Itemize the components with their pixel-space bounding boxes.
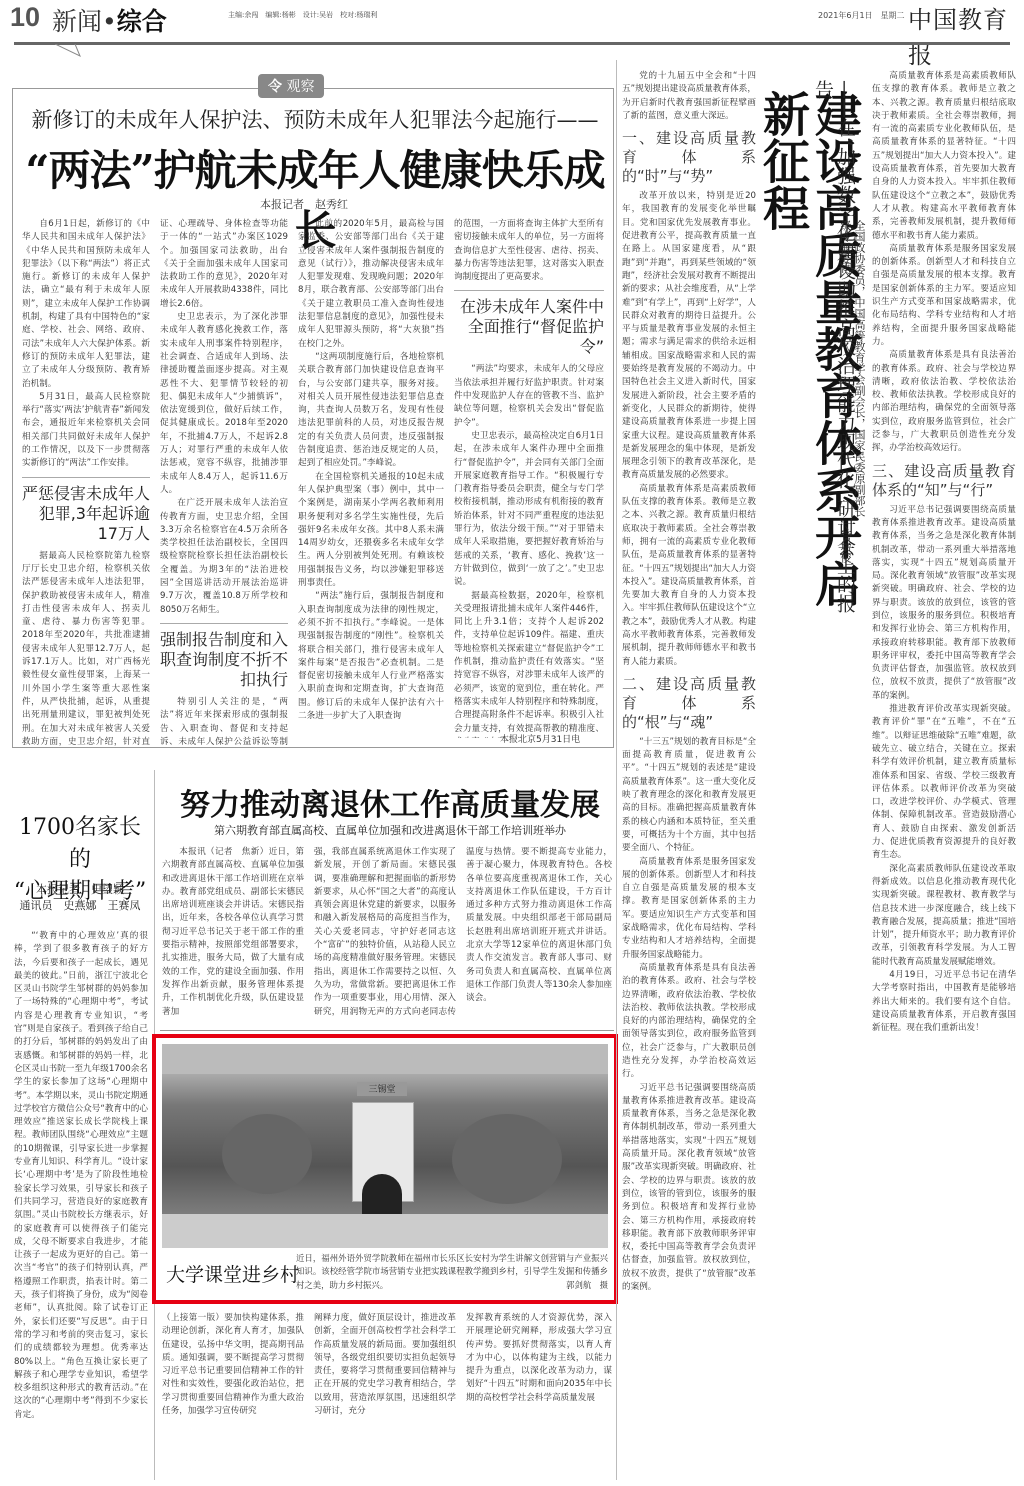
article1-column-3: 此前的2020年5月，最高检与国家监委、公安部等部门出台《关于建立侵害未成年人案… <box>298 218 444 748</box>
article5-column-2: 阐释力度，做好顶层设计，推进改革创新，全面开创高校哲学社会科学工作高质量发展的新… <box>314 1312 456 1482</box>
article1-column-4: 的范围，一方面将查询主体扩大至所有密切接触未成年人的单位，另一方面将查询信息扩大… <box>454 218 604 738</box>
article3-byline-1: 本报记者 史望颖 <box>10 882 150 898</box>
paragraph: 高质量教育体系是服务国家发展的创新体系。创新型人才和科技自立自强是高质量发展的根… <box>622 856 756 962</box>
paragraph: 习近平总书记强调要围绕高质量教育体系推进教育改革。建设高质量教育体系，当务之急是… <box>622 1082 756 1295</box>
paragraph: “‘教育中的心理效应’真的很棒，学到了很多教育孩子的好方法，今后要和孩子一起成长… <box>14 930 148 1422</box>
paragraph: 证、心理疏导、身体检查等功能于一体的“一站式”办案区1029个。加强国家司法救助… <box>160 218 288 311</box>
article5-column-1: （上接第一版）要加快构建体系，推动理论创新，深化育人育才，加强队伍建设，弘扬中华… <box>162 1312 304 1482</box>
badge-label: 观察 <box>286 79 314 95</box>
article5-column-3: 发挥教育系统的人才资源优势，深入开展理论研究阐释，形成强大学习宣传声势。要抓好贯… <box>466 1312 612 1482</box>
article2-section-3: 三、建设高质量教育体系的“知”与“行” <box>872 462 1016 500</box>
issue-date: 2021年6月1日 星期二 <box>818 10 905 21</box>
article1-subhead-3: 在涉未成年人案件中全面推行“督促监护令” <box>454 290 604 357</box>
article2-author-title: 全国政协委员，中国高等教育学会副会长，国家民委原副部长级专职委员 <box>838 220 866 520</box>
article3-byline-2: 通讯员 史燕娜 王赛凤 <box>10 898 150 914</box>
section-title-bold: 综合 <box>117 7 167 36</box>
photo-feature: 三锡堂 大学课堂进乡村 近日，福州外语外贸学院教师在福州市长乐区长安村为学生讲解… <box>152 1034 618 1304</box>
paragraph: 史卫忠表示，为了深化涉罪未成年人教育感化挽救工作，落实未成年人刑事案件特别程序，… <box>160 311 288 497</box>
photo-title: 大学课堂进乡村 <box>166 1260 299 1287</box>
article2-author: 管培俊 <box>838 530 852 590</box>
paragraph: 改革开放以来，特别是近20年，我国教育的发展变化举世瞩目。党和国家优先发展教育事… <box>622 190 756 483</box>
photo-plant-left <box>222 1114 312 1194</box>
article1-dateline: 本报北京5月31日电 <box>500 732 580 745</box>
paragraph: 推进教育评价改革实现新突破。教育评价“罪”在“五唯”，不在“五维”。以辩证思维破… <box>872 703 1016 863</box>
paragraph: 在广泛开展未成年人法治宣传教育方面，史卫忠介绍，全国3.3万余名检察官在4.5万… <box>160 497 288 617</box>
section-dot: • <box>102 7 117 36</box>
article3-headline-line1: 1700名家长的 <box>10 812 150 876</box>
paragraph: 5月31日，最高人民检察院举行“落实‘两法’护航青春”新闻发布会，通报近年来检察… <box>22 391 150 471</box>
paragraph: 自6月1日起，新修订的《中华人民共和国未成年人保护法》《中华人民共和国预防未成年… <box>22 218 150 391</box>
caption-text: 近日，福州外语外贸学院教师在福州市长乐区长安村为学生讲解文创营销与产业振兴知识。… <box>296 1253 608 1290</box>
article4-column-2: 强，我部直属系统离退休工作实现了新发展，开创了新局面。宋德民强调，要准确理解和把… <box>314 846 456 1016</box>
paragraph: “这两项制度施行后，各地检察机关联合教育部门加快建设信息查询平台，与公安部门建共… <box>298 351 444 471</box>
article1-subhead-1: 严惩侵害未成年人犯罪,3年起诉逾17万人 <box>22 477 150 544</box>
paragraph: 发挥教育系统的人才资源优势，深入开展理论研究阐释，形成强大学习宣传声势。要抓好贯… <box>466 1312 612 1405</box>
observe-icon: 令 <box>268 76 282 96</box>
paragraph: 4月19日，习近平总书记在清华大学考察时指出，中国教育是能够培养出大师来的。我们… <box>872 969 1016 1035</box>
paragraph: 高质量教育体系是服务国家发展的创新体系。创新型人才和科技自立自强是高质量发展的根… <box>872 243 1016 349</box>
article4-headline: 努力推动离退休工作高质量发展 <box>160 780 620 824</box>
paragraph: 高质量教育体系是具有良法善治的教育体系。政府、社会与学校边界清晰，政府依法治教、… <box>622 962 756 1082</box>
photo-plaque: 三锡堂 <box>357 1082 407 1096</box>
photo-credit: 郭剑航 摄 <box>566 1279 608 1292</box>
masthead-rule <box>14 42 1010 45</box>
paragraph: 温度与热情。要不断提高专业能力，善于凝心聚力，体现教育特色。各校各单位要高度重视… <box>466 846 612 1006</box>
article4-subhead: 第六期教育部直属高校、直属单位加强和改进离退休干部工作培训班举办 <box>160 822 620 838</box>
article4-column-3: 温度与热情。要不断提高专业能力，善于凝心聚力，体现教育特色。各校各单位要高度重视… <box>466 846 612 1016</box>
paragraph: 的范围，一方面将查询主体扩大至所有密切接触未成年人的单位，另一方面将查询信息扩大… <box>454 218 604 284</box>
paragraph: 高质量教育体系是高素质教师队伍支撑的教育体系。教师是立教之本、兴教之源。教育质量… <box>872 70 1016 243</box>
section-title: 新闻•综合 <box>52 2 167 38</box>
article1-column-2: 证、心理疏导、身体检查等功能于一体的“一站式”办案区1029个。加强国家司法救助… <box>160 218 288 748</box>
photo-table <box>162 1214 608 1248</box>
paragraph: 本报讯（记者 焦新）近日，第六期教育部直属高校、直属单位加强和改进离退休干部工作… <box>162 846 304 1016</box>
photo-beam <box>162 1044 608 1074</box>
article1-column-1: 自6月1日起，新修订的《中华人民共和国未成年人保护法》《中华人民共和国预防未成年… <box>22 218 150 748</box>
classroom-photo: 三锡堂 <box>162 1044 608 1248</box>
paragraph: （上接第一版）要加快构建体系，推动理论创新，深化育人育才，加强队伍建设，弘扬中华… <box>162 1312 304 1418</box>
paragraph: “两法”施行后，强制报告制度和入职查询制度成为法律的刚性规定，必须不折不扣执行。… <box>298 590 444 723</box>
paragraph: 强，我部直属系统离退休工作实现了新发展，开创了新局面。宋德民强调，要准确理解和把… <box>314 846 456 1016</box>
column-divider <box>616 60 617 1480</box>
observation-badge: 令 观察 <box>258 74 324 98</box>
paragraph: 史卫忠表示，最高检决定自6月1日起，在涉未成年人案件办理中全面推行“督促监护令”… <box>454 430 604 590</box>
article1-byline: 本报记者 赵秀红 <box>260 196 348 212</box>
paragraph: 此前的2020年5月，最高检与国家监委、公安部等部门出台《关于建立侵害未成年人案… <box>298 218 444 351</box>
section-title-light: 新闻 <box>52 7 102 36</box>
paragraph: 高质量教育体系是具有良法善治的教育体系。政府、社会与学校边界清晰，政府依法治教、… <box>872 349 1016 455</box>
paragraph: 习近平总书记强调要围绕高质量教育体系推进教育改革。建设高质量教育体系，当务之急是… <box>872 504 1016 703</box>
article2-section-2: 二、建设高质量教育体系的“根”与“魂” <box>622 675 756 732</box>
editor-credits: 主编:余闯 编辑:杨彬 设计:吴岩 校对:杨瑞利 <box>228 10 377 20</box>
header-pointer-icon <box>55 44 95 58</box>
article3-bylines: 本报记者 史望颖 通讯员 史燕娜 王赛凤 <box>10 882 150 914</box>
newspaper-logo: 中国教育报 <box>908 0 1024 70</box>
paragraph: “十三五”规划的教育目标是“全面提高教育质量，促进教育公平”。“十四五”规划的表… <box>622 736 756 856</box>
photo-caption: 近日，福州外语外贸学院教师在福州市长乐区长安村为学生讲解文创营销与产业振兴知识。… <box>296 1252 608 1296</box>
article1-subhead-2: 强制报告制度和入职查询制度不折不扣执行 <box>160 623 288 690</box>
article2-section-1: 一、建设高质量教育体系的“时”与“势” <box>622 129 756 186</box>
section-divider <box>160 1030 614 1031</box>
paragraph: 在全国检察机关通报的10起未成年人保护典型案（事）例中，其中一个案例是，湖南某小… <box>298 471 444 591</box>
paragraph: 党的十九届五中全会和“十四五”规划提出建设高质量教育体系，为开启新时代教育强国新… <box>622 70 756 123</box>
paragraph: 特别引人关注的是，“两法”将近年来探索形成的强制报告、入职查询、督促和支持起诉、… <box>160 696 288 748</box>
article1-kicker: 新修订的未成年人保护法、预防未成年人犯罪法今起施行—— <box>20 104 610 134</box>
page-number: 10 <box>10 2 40 33</box>
article2-column-1: 党的十九届五中全会和“十四五”规划提出建设高质量教育体系，为开启新时代教育强国新… <box>622 70 756 1460</box>
photo-plant-right <box>452 1114 562 1204</box>
paragraph: 高质量教育体系是高素质教师队伍支撑的教育体系。教师是立教之本、兴教之源。教育质量… <box>622 483 756 669</box>
page-masthead: 10 新闻•综合 主编:余闯 编辑:杨彬 设计:吴岩 校对:杨瑞利 2021年6… <box>0 0 1024 36</box>
paragraph: 阐释力度，做好顶层设计，推进改革创新，全面开创高校哲学社会科学工作高质量发展的新… <box>314 1312 456 1418</box>
paragraph: 据最高人民检察院第九检察厅厅长史卫忠介绍，检察机关依法严惩侵害未成年人违法犯罪，… <box>22 550 150 748</box>
article2-column-2: 高质量教育体系是高素质教师队伍支撑的教育体系。教师是立教之本、兴教之源。教育质量… <box>872 70 1016 1480</box>
article3-body: “‘教育中的心理效应’真的很棒，学到了很多教育孩子的好方法，今后要和孩子一起成长… <box>14 930 148 1480</box>
paragraph: “两法”均要求，未成年人的父母应当依法承担并履行好监护职责。针对案件中发现监护人… <box>454 363 604 429</box>
paragraph: 据最高检数据，2020年，检察机关受理报请批捕未成年人案件446件，同比上升3.… <box>454 590 604 738</box>
article4-column-1: 本报讯（记者 焦新）近日，第六期教育部直属高校、直属单位加强和改进离退休干部工作… <box>162 846 304 1016</box>
paragraph: 深化高素质教师队伍建设改革取得新成效。以信息化推动教育现代化实现新突破。课程教材… <box>872 863 1016 969</box>
